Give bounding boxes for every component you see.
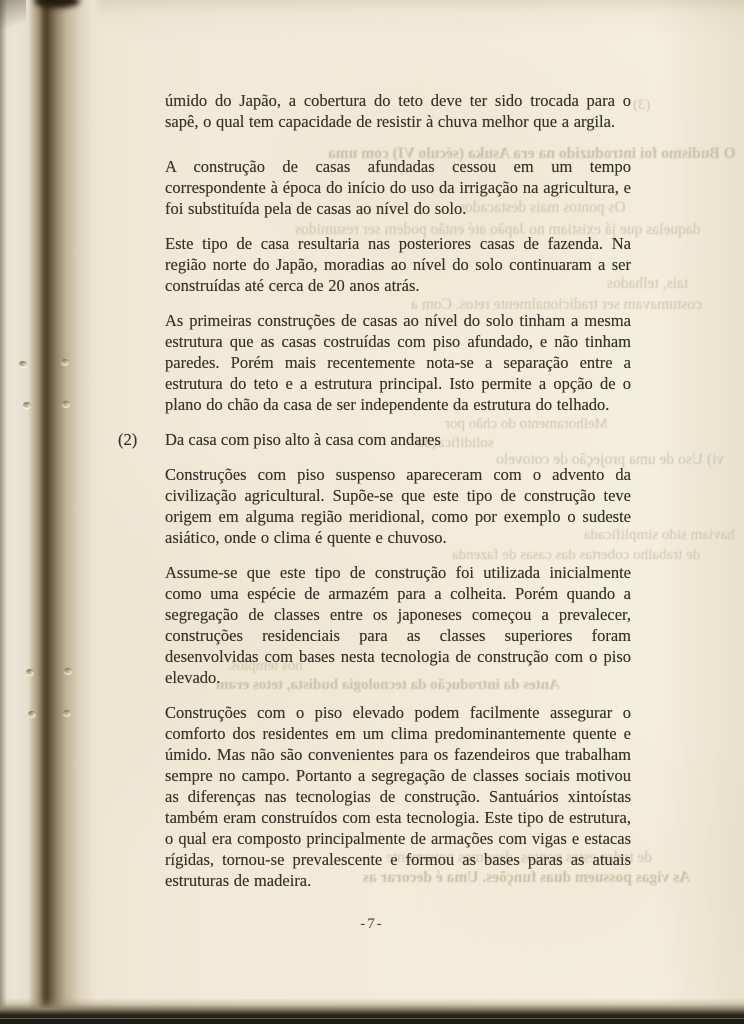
text-line: Este tipo de casa resultaria nas posteri…	[165, 233, 631, 254]
punch-hole	[64, 668, 72, 674]
paragraph: As primeiras construções de casas ao nív…	[165, 310, 631, 415]
text-line: região norte do Japão, moradias ao nível…	[165, 254, 631, 275]
section-title: Da casa com piso alto à casa com andares	[165, 430, 441, 449]
text-line: úmido do Japão, a cobertura do teto deve…	[165, 90, 631, 111]
corner-shadow	[0, 0, 26, 34]
text-line: civilização agricultural. Supõe-se que e…	[165, 485, 631, 506]
punch-hole	[63, 710, 71, 716]
text-line: Assume-se que este tipo de construção fo…	[165, 562, 631, 583]
text-line: Construções com piso suspenso apareceram…	[165, 464, 631, 485]
text-line: plano do chão da casa de ser independent…	[165, 394, 631, 415]
paragraph: úmido do Japão, a cobertura do teto deve…	[165, 90, 631, 132]
text-line: A construção de casas afundadas cessou e…	[165, 156, 631, 177]
paragraph: Este tipo de casa resultaria nas posteri…	[165, 233, 631, 296]
text-line: as diferenças nas tecnologias de constru…	[165, 786, 631, 807]
text-column: úmido do Japão, a cobertura do teto deve…	[165, 90, 631, 905]
text-line: segregação de classes entre os japoneses…	[165, 604, 631, 625]
text-line: foi substituída pela de casas ao nível d…	[165, 198, 631, 219]
paragraph: Construções com piso suspenso apareceram…	[165, 464, 631, 548]
text-line: estruturas de madeira.	[165, 870, 631, 891]
text-line: comforto dos residentes em um clima pred…	[165, 723, 631, 744]
text-line: estrutura do teto e a estrutura principa…	[165, 373, 631, 394]
paragraph: Construções com o piso elevado podem fac…	[165, 702, 631, 891]
punch-hole	[28, 711, 36, 717]
punch-hole	[23, 402, 31, 408]
text-line: construídas até cerca de 20 anos atrás.	[165, 275, 631, 296]
paragraph: A construção de casas afundadas cessou e…	[165, 156, 631, 219]
page-bottom-edge	[0, 998, 744, 1024]
page-number: -7-	[0, 916, 744, 933]
text-line: também eram construídos com esta tecnolo…	[165, 807, 631, 828]
section-heading: (2) Da casa com piso alto à casa com and…	[165, 429, 631, 450]
text-line: origem em alguma região meridional, como…	[165, 506, 631, 527]
text-line: como uma espécie de armazém para a colhe…	[165, 583, 631, 604]
text-line: construções residenciais para as classes…	[165, 625, 631, 646]
text-line: asiático, onde o clima é quente e chuvos…	[165, 527, 631, 548]
text-line: elevado.	[165, 667, 631, 688]
paper-sheet: (3)O Budismo foi introduzido na era Asuk…	[0, 0, 744, 1024]
text-line: úmido. Mas não são convenientes para os …	[165, 744, 631, 765]
text-line: sapê, o qual tem capacidade de resistir …	[165, 111, 631, 132]
sheet-edge-line	[0, 1018, 744, 1019]
bleedthrough-line: (3)	[633, 97, 651, 114]
text-line: rígidas, tornou-se prevalescente e formo…	[165, 849, 631, 870]
text-line: desenvolvidas com bases nesta tecnologia…	[165, 646, 631, 667]
punch-hole	[26, 669, 34, 675]
binding-gutter	[0, 0, 102, 1014]
text-line: o qual era composto principalmente de ar…	[165, 828, 631, 849]
text-line: correspondente à época do início do uso …	[165, 177, 631, 198]
section-number: (2)	[118, 429, 137, 450]
text-line: Construções com o piso elevado podem fac…	[165, 702, 631, 723]
scanned-document-page: (3)O Budismo foi introduzido na era Asuk…	[0, 0, 744, 1024]
text-line: paredes. Porém mais recentemente nota-se…	[165, 352, 631, 373]
paragraph: Assume-se que este tipo de construção fo…	[165, 562, 631, 688]
text-line: As primeiras construções de casas ao nív…	[165, 310, 631, 331]
punch-hole	[19, 361, 27, 367]
text-line: estrutura que as casas costruídas com pi…	[165, 331, 631, 352]
text-line: sempre no campo. Portanto a segregação d…	[165, 765, 631, 786]
punch-hole	[62, 401, 70, 407]
punch-hole	[61, 359, 69, 365]
